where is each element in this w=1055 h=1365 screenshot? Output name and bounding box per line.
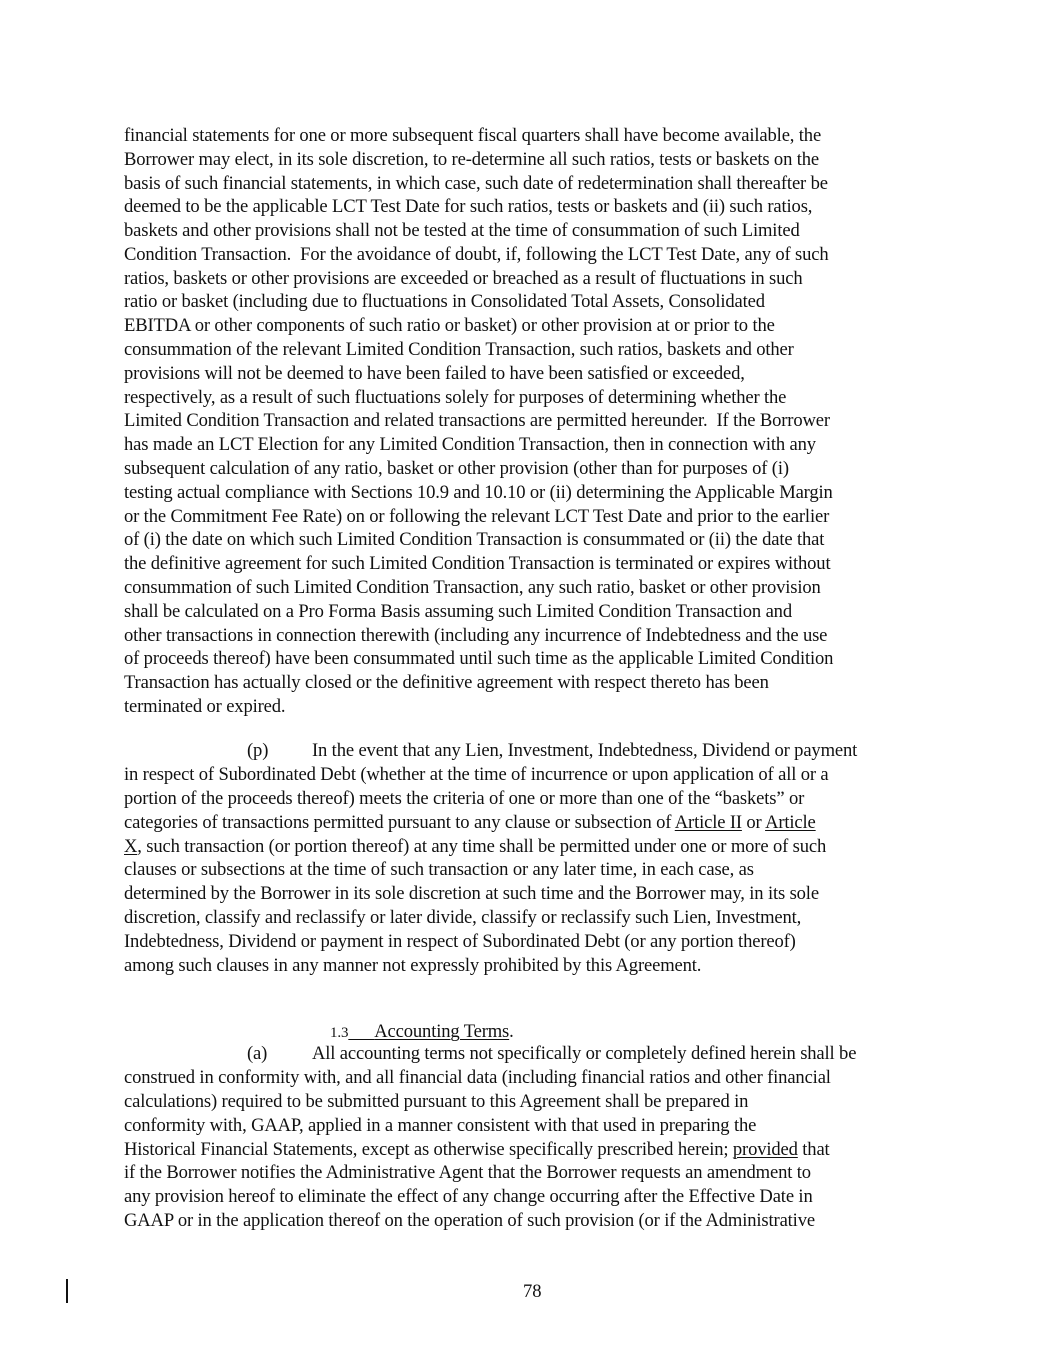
text-line: among such clauses in any manner not exp…	[124, 955, 701, 977]
text-line: of (i) the date on which such Limited Co…	[124, 529, 824, 551]
text-line: Indebtedness, Dividend or payment in res…	[124, 931, 796, 953]
section-title-period: .	[509, 1021, 514, 1042]
text-line: In the event that any Lien, Investment, …	[312, 740, 857, 762]
text-span: , such transaction (or portion thereof) …	[137, 836, 826, 857]
article-ii-reference: Article II	[675, 812, 742, 833]
text-line: testing actual compliance with Sections …	[124, 482, 833, 504]
text-line: terminated or expired.	[124, 696, 285, 718]
article-x-reference: X	[124, 836, 137, 857]
text-line: consummation of such Limited Condition T…	[124, 577, 821, 599]
text-line: financial statements for one or more sub…	[124, 125, 821, 147]
text-span: or	[742, 812, 765, 833]
text-line: has made an LCT Election for any Limited…	[124, 434, 816, 456]
text-line: Transaction has actually closed or the d…	[124, 672, 769, 694]
text-line: Borrower may elect, in its sole discreti…	[124, 149, 819, 171]
text-line: determined by the Borrower in its sole d…	[124, 883, 819, 905]
document-page: financial statements for one or more sub…	[0, 0, 1055, 1365]
text-line: consummation of the relevant Limited Con…	[124, 339, 794, 361]
text-line: basis of such financial statements, in w…	[124, 173, 828, 195]
text-line: provisions will not be deemed to have be…	[124, 363, 745, 385]
text-line: portion of the proceeds thereof) meets t…	[124, 788, 804, 810]
paragraph-label: (p)	[247, 740, 268, 762]
page-number: 78	[523, 1281, 542, 1303]
text-line: shall be calculated on a Pro Forma Basis…	[124, 601, 792, 623]
text-line: the definitive agreement for such Limite…	[124, 553, 830, 575]
text-line: baskets and other provisions shall not b…	[124, 220, 800, 242]
text-span: Historical Financial Statements, except …	[124, 1139, 733, 1160]
text-line: ratios, baskets or other provisions are …	[124, 268, 803, 290]
provided-term: provided	[733, 1139, 798, 1160]
text-line: any provision hereof to eliminate the ef…	[124, 1186, 813, 1208]
text-line: categories of transactions permitted pur…	[124, 812, 816, 834]
text-line: if the Borrower notifies the Administrat…	[124, 1162, 811, 1184]
paragraph-label: (a)	[247, 1043, 267, 1065]
text-line: Historical Financial Statements, except …	[124, 1139, 830, 1161]
text-line: of proceeds thereof) have been consummat…	[124, 648, 833, 670]
text-line: Limited Condition Transaction and relate…	[124, 410, 830, 432]
text-line: X, such transaction (or portion thereof)…	[124, 836, 826, 858]
text-line: or the Commitment Fee Rate) on or follow…	[124, 506, 829, 528]
text-line: calculations) required to be submitted p…	[124, 1091, 748, 1113]
text-line: conformity with, GAAP, applied in a mann…	[124, 1115, 756, 1137]
text-line: EBITDA or other components of such ratio…	[124, 315, 775, 337]
text-line: ratio or basket (including due to fluctu…	[124, 291, 765, 313]
text-line: construed in conformity with, and all fi…	[124, 1067, 831, 1089]
revision-change-bar	[66, 1279, 68, 1303]
text-line: All accounting terms not specifically or…	[312, 1043, 856, 1065]
text-line: discretion, classify and reclassify or l…	[124, 907, 801, 929]
article-x-reference: Article	[765, 812, 816, 833]
text-line: deemed to be the applicable LCT Test Dat…	[124, 196, 812, 218]
text-line: other transactions in connection therewi…	[124, 625, 827, 647]
text-line: clauses or subsections at the time of su…	[124, 859, 754, 881]
section-title: Accounting Terms	[374, 1021, 509, 1042]
text-span: categories of transactions permitted pur…	[124, 812, 675, 833]
text-line: respectively, as a result of such fluctu…	[124, 387, 786, 409]
text-span: that	[798, 1139, 830, 1160]
section-number: 1.3	[330, 1025, 348, 1041]
text-line: GAAP or in the application thereof on th…	[124, 1210, 815, 1232]
text-line: in respect of Subordinated Debt (whether…	[124, 764, 829, 786]
text-line: Condition Transaction. For the avoidance…	[124, 244, 829, 266]
section-title-underline	[348, 1021, 374, 1042]
text-line: subsequent calculation of any ratio, bas…	[124, 458, 789, 480]
